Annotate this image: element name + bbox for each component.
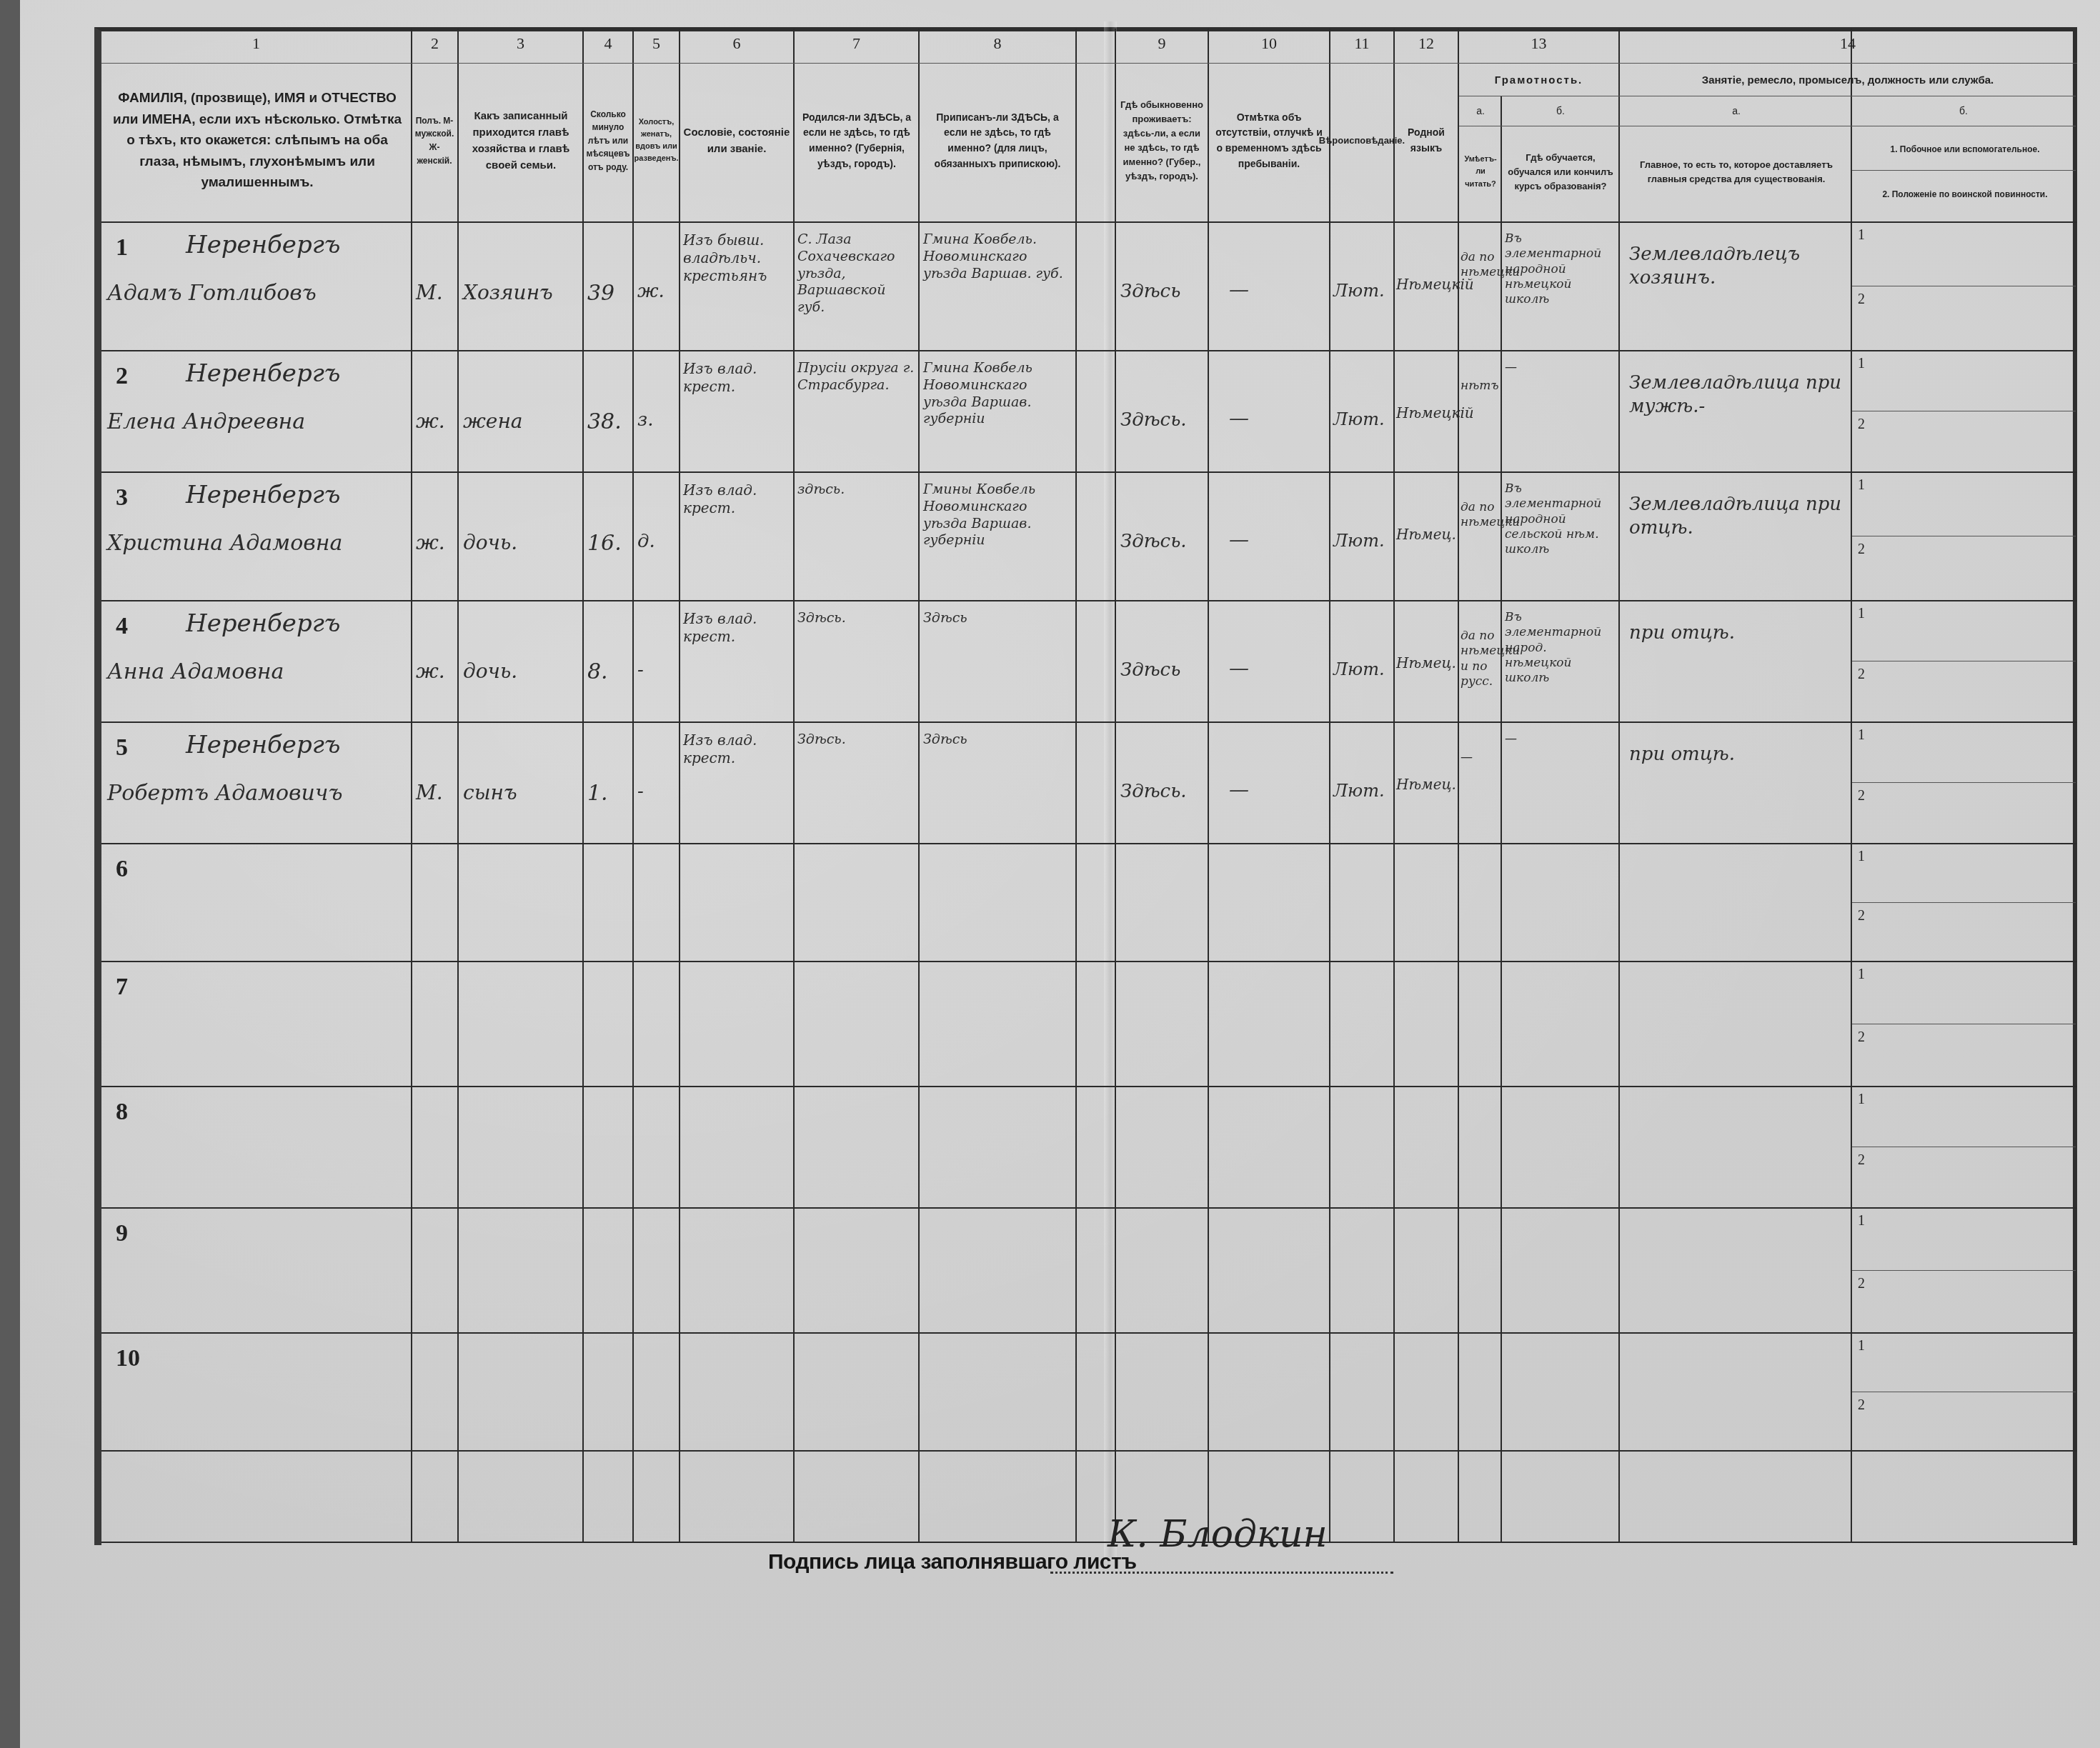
grid-vline — [1075, 29, 1077, 1543]
education: Въ элементарной народ. нѣмецкой школѣ — [1505, 610, 1616, 686]
subrow-label: 1 — [1858, 477, 1865, 494]
grid-vline — [1393, 29, 1395, 1543]
grid-vline — [1208, 29, 1209, 1543]
column-number-2: 2 — [412, 34, 457, 63]
absence: — — [1229, 777, 1315, 802]
birthplace: здѣсь. — [797, 481, 916, 499]
subrow-label: 1 — [1858, 849, 1865, 865]
grid-vline — [457, 29, 459, 1543]
absence: — — [1229, 527, 1315, 552]
column-number-13: 13 — [1459, 34, 1618, 63]
can-read: нѣтъ — [1460, 379, 1500, 394]
table-bottom — [101, 1542, 2077, 1543]
subrow-label: 1 — [1858, 606, 1865, 622]
header-residence: Гдѣ обыкновенно проживаетъ: здѣсь-ли, а … — [1118, 66, 1205, 216]
grid-vline — [632, 29, 634, 1543]
row-separator — [101, 1450, 2077, 1452]
column-number-12: 12 — [1395, 34, 1458, 63]
header-can-read: Умѣетъ-ли читать? — [1460, 129, 1501, 216]
surname: Неренбергъ — [186, 480, 400, 511]
birthplace: Здѣсь. — [797, 610, 916, 627]
religion: Лют. — [1333, 280, 1392, 301]
birthplace: Здѣсь. — [797, 731, 916, 749]
subrow-label: 1 — [1858, 1092, 1865, 1108]
estate: Изъ влад. крест. — [683, 731, 792, 767]
header-occupation-a-label: а. — [1622, 99, 1851, 124]
row-number: 7 — [116, 974, 128, 1001]
religion: Лют. — [1333, 530, 1392, 551]
header-main-occupation: Главное, то есть то, которое доставляетъ… — [1623, 129, 1849, 216]
estate: Изъ влад. крест. — [683, 360, 792, 396]
row-number: 10 — [116, 1345, 140, 1372]
grid-vline — [1458, 29, 1459, 1543]
residence: Здѣсь — [1120, 280, 1206, 304]
estate: Изъ бывш. владѣльч. крестьянъ — [683, 231, 792, 285]
age: 39 — [587, 280, 630, 307]
signature-label: Подпись лица заполнявшаго листъ — [768, 1550, 1137, 1574]
row-number: 4 — [116, 613, 128, 640]
marital-status: - — [637, 659, 677, 682]
can-read: да по нѣмецки и по русс. — [1460, 629, 1500, 689]
signature: К. Блодкин — [1108, 1513, 1328, 1556]
surname: Неренбергъ — [186, 609, 400, 639]
subrow-label: 1 — [1858, 356, 1865, 372]
row-separator — [101, 221, 2077, 223]
main-occupation: при отцѣ. — [1629, 621, 1843, 645]
column-number-11: 11 — [1330, 34, 1393, 63]
registration: Здѣсь — [923, 610, 1073, 627]
age: 1. — [587, 780, 630, 807]
religion: Лют. — [1333, 409, 1392, 430]
age: 38. — [587, 409, 630, 436]
header-sex: Полъ. М-мужской. Ж-женскій. — [413, 66, 456, 216]
header-literacy-b-label: б. — [1503, 99, 1618, 124]
signature-line — [1050, 1572, 1393, 1574]
column-number-14: 14 — [1620, 34, 2076, 63]
birthplace: С. Лаза Сохачевскаго уѣзда, Варшавской г… — [797, 231, 916, 316]
subrow-label: 2 — [1858, 416, 1865, 433]
row-separator — [101, 1207, 2077, 1209]
subrow-label: 2 — [1858, 1276, 1865, 1292]
registration: Гмина Ковбель. Новоминскаго уѣзда Варшав… — [923, 231, 1073, 282]
registration: Здѣсь — [923, 731, 1073, 749]
native-language: Нѣмецкій — [1396, 404, 1456, 422]
absence: — — [1229, 656, 1315, 681]
column-number-1: 1 — [101, 34, 411, 63]
row-number: 3 — [116, 484, 128, 511]
subrow-label: 1 — [1858, 727, 1865, 744]
grid-vline — [1851, 29, 1852, 1543]
estate: Изъ влад. крест. — [683, 610, 792, 646]
row-number: 1 — [116, 234, 128, 261]
subrow-separator — [1852, 902, 2076, 903]
relation: дочь. — [463, 659, 581, 684]
education: Въ элементарной народной нѣмецкой школѣ — [1505, 231, 1616, 307]
subrow-label: 1 — [1858, 1213, 1865, 1229]
grid-vline — [411, 29, 412, 1543]
row-number: 9 — [116, 1220, 128, 1247]
header-occ-b-split — [1852, 170, 2076, 171]
header-sub-line — [1459, 96, 2076, 96]
sex: М. — [416, 780, 456, 805]
header-literacy-a-label: а. — [1460, 99, 1501, 124]
main-occupation: Землевладѣлецъ хозяинъ. — [1629, 243, 1843, 289]
row-separator — [101, 721, 2077, 723]
residence: Здѣсь. — [1120, 409, 1206, 432]
header-occupation-b-label: б. — [1853, 99, 2074, 124]
estate: Изъ влад. крест. — [683, 481, 792, 517]
given-names: Адамъ Готлибовъ — [107, 280, 407, 307]
header-language: Родной языкъ — [1396, 66, 1456, 216]
residence: Здѣсь. — [1120, 780, 1206, 804]
main-occupation: при отцѣ. — [1629, 743, 1843, 766]
header-occupation: Занятіе, ремесло, промыселъ, должность и… — [1622, 66, 2074, 96]
header-sub-line-2 — [1459, 126, 2076, 126]
sex: ж. — [416, 659, 456, 684]
header-name: ФАМИЛІЯ, (прозвище), ИМЯ и ОТЧЕСТВО или … — [107, 66, 407, 216]
row-separator — [101, 1332, 2077, 1334]
header-military-status: 2. Положеніе по воинской повинности. — [1856, 173, 2074, 216]
registration: Гмина Ковбель Новоминскаго уѣзда Варшав.… — [923, 360, 1073, 428]
subrow-separator — [1852, 1024, 2076, 1024]
header-estate: Сословіе, состояніе или званіе. — [683, 66, 790, 216]
header-religion: Вѣроисповѣданіе. — [1332, 66, 1392, 216]
row-separator — [101, 350, 2077, 351]
subrow-label: 1 — [1858, 967, 1865, 983]
subrow-label: 2 — [1858, 908, 1865, 924]
column-number-7: 7 — [795, 34, 918, 63]
row-separator — [101, 961, 2077, 962]
relation: Хозяинъ — [463, 280, 581, 305]
main-occupation: Землевладѣлица при отцѣ. — [1629, 493, 1843, 539]
grid-vline — [1618, 29, 1620, 1543]
grid-vline — [793, 29, 795, 1543]
census-sheet: 1 2 3 4 5 6 7 8 9 10 11 12 13 14 ФАМИЛІЯ… — [0, 0, 2100, 1748]
subrow-label: 2 — [1858, 291, 1865, 308]
relation: жена — [463, 409, 581, 434]
row-separator — [101, 471, 2077, 473]
header-education: Гдѣ обучается, обучался или кончилъ курс… — [1503, 129, 1618, 216]
header-literacy: Грамотность. — [1460, 66, 1617, 96]
column-number-10: 10 — [1209, 34, 1329, 63]
native-language: Нѣмец. — [1396, 526, 1456, 544]
subrow-label: 2 — [1858, 1397, 1865, 1414]
scan-edge — [0, 0, 20, 1748]
given-names: Анна Адамовна — [107, 659, 407, 686]
header-age: Сколько минуло лѣтъ или мѣсяцевъ отъ род… — [584, 66, 632, 216]
subrow-label: 2 — [1858, 788, 1865, 804]
subrow-label: 2 — [1858, 541, 1865, 558]
subrow-label: 1 — [1858, 227, 1865, 244]
header-secondary-occupation: 1. Побочное или вспомогательное. — [1856, 129, 2074, 170]
religion: Лют. — [1333, 659, 1392, 680]
header-absence: Отмѣтка объ отсутствіи, отлучкѣ и о врем… — [1212, 66, 1326, 216]
age: 16. — [587, 530, 630, 557]
grid-vline — [679, 29, 680, 1543]
birthplace: Прусіи округа г. Страсбурга. — [797, 360, 916, 394]
subrow-separator — [1852, 1270, 2076, 1271]
relation: дочь. — [463, 530, 581, 555]
native-language: Нѣмец. — [1396, 654, 1456, 672]
residence: Здѣсь. — [1120, 530, 1206, 554]
sex: М. — [416, 280, 456, 305]
can-read: — — [1460, 750, 1500, 765]
subrow-separator — [1852, 1392, 2076, 1392]
column-number-3: 3 — [459, 34, 582, 63]
row-separator — [101, 600, 2077, 601]
grid-vline — [1115, 29, 1116, 1543]
can-read: да по нѣмецки — [1460, 500, 1500, 531]
subrow-separator — [1852, 661, 2076, 661]
residence: Здѣсь — [1120, 659, 1206, 682]
column-number-9: 9 — [1116, 34, 1208, 63]
row-number: 5 — [116, 734, 128, 761]
surname: Неренбергъ — [186, 359, 400, 389]
education: — — [1505, 360, 1616, 375]
marital-status: з. — [637, 409, 677, 432]
native-language: Нѣмец. — [1396, 776, 1456, 794]
column-number-4: 4 — [584, 34, 632, 63]
native-language: Нѣмецкій — [1396, 276, 1456, 294]
education: Въ элементарной народной сельской нѣм. ш… — [1505, 481, 1616, 557]
header-number-line — [101, 63, 2077, 64]
row-number: 2 — [116, 363, 128, 390]
registration: Гмины Ковбель Новоминскаго уѣзда Варшав.… — [923, 481, 1073, 549]
relation: сынъ — [463, 780, 581, 805]
subrow-label: 2 — [1858, 1152, 1865, 1169]
row-separator — [101, 843, 2077, 844]
surname: Неренбергъ — [186, 730, 400, 761]
header-birthplace: Родился-ли ЗДѢСЬ, а если не здѣсь, то гд… — [797, 66, 916, 216]
grid-vline-literacy — [1501, 96, 1502, 1543]
given-names: Робертъ Адамовичъ — [107, 780, 407, 807]
grid-vline — [918, 29, 920, 1543]
row-number: 6 — [116, 856, 128, 883]
header-relation: Какъ записанный приходится главѣ хозяйст… — [463, 66, 579, 216]
subrow-label: 1 — [1858, 1338, 1865, 1354]
column-number-6: 6 — [680, 34, 793, 63]
row-separator — [101, 1086, 2077, 1087]
row-number: 8 — [116, 1099, 128, 1126]
sex: ж. — [416, 530, 456, 555]
header-registration: Приписанъ-ли ЗДѢСЬ, а если не здѣсь, то … — [923, 66, 1072, 216]
absence: — — [1229, 277, 1315, 302]
absence: — — [1229, 406, 1315, 431]
subrow-separator — [1852, 536, 2076, 536]
given-names: Елена Андреевна — [107, 409, 407, 436]
grid-vline — [582, 29, 584, 1543]
column-number-8: 8 — [920, 34, 1075, 63]
age: 8. — [587, 659, 630, 686]
subrow-separator — [1852, 411, 2076, 411]
subrow-label: 2 — [1858, 666, 1865, 683]
subrow-separator — [1852, 1147, 2076, 1147]
sex: ж. — [416, 409, 456, 434]
subrow-separator — [1852, 782, 2076, 783]
marital-status: ж. — [637, 280, 677, 304]
surname: Нерен­бергъ — [186, 230, 400, 261]
subrow-separator — [1852, 286, 2076, 286]
column-number-5: 5 — [634, 34, 679, 63]
header-marital: Холостъ, женатъ, вдовъ или разведенъ. — [635, 66, 678, 216]
marital-status: д. — [637, 530, 677, 554]
grid-vline — [1329, 29, 1330, 1543]
religion: Лют. — [1333, 780, 1392, 801]
subrow-label: 2 — [1858, 1029, 1865, 1046]
given-names: Христина Адамовна — [107, 530, 407, 557]
education: — — [1505, 731, 1616, 746]
marital-status: - — [637, 780, 677, 804]
main-occupation: Землевладѣлица при мужѣ.- — [1629, 371, 1843, 418]
can-read: да по нѣмецки — [1460, 250, 1500, 281]
